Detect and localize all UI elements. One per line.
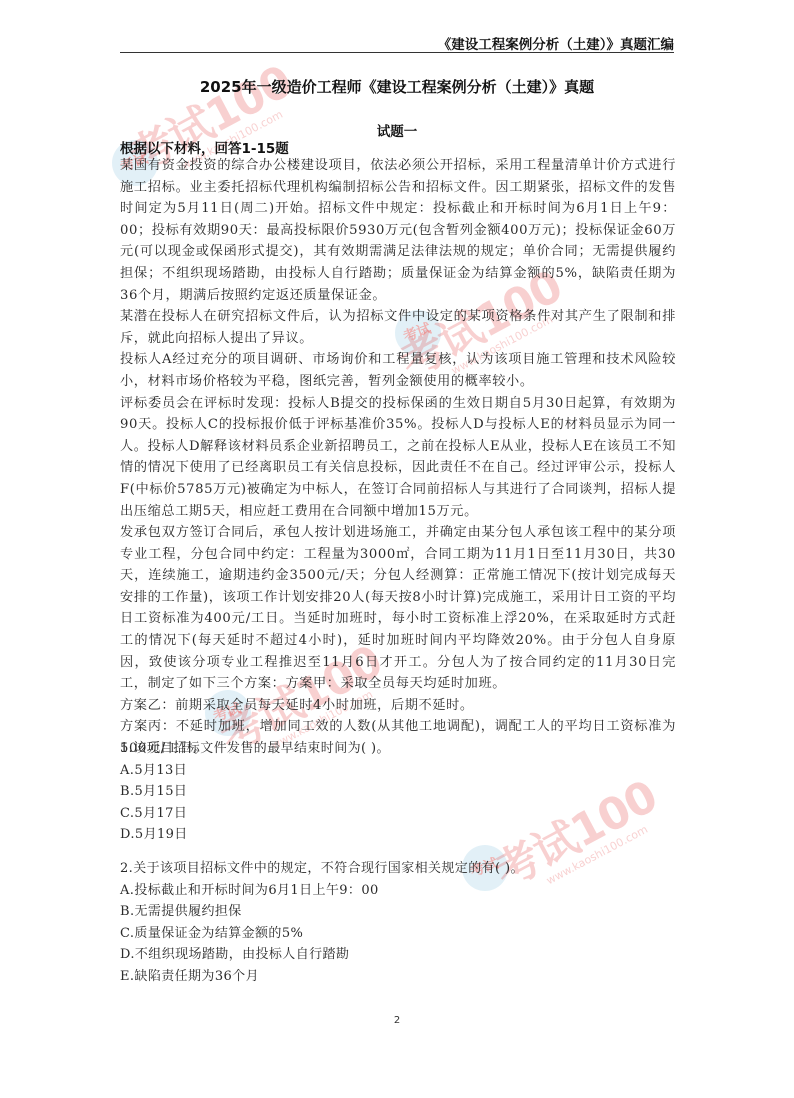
document-page: 考试 考试100 www.kaoshi100.com 考试 考试100 www.… [0,0,794,1098]
page-number: 2 [0,1015,794,1026]
option-a: A.投标截止和开标时间为6月1日上午9：00 [120,880,676,902]
option-b: B.无需提供履约担保 [120,901,676,923]
paragraph: 某国有资金投资的综合办公楼建设项目，依法必须公开招标，采用工程量清单计价方式进行… [120,155,676,306]
question-1: 1.该项目招标文件发售的最早结束时间为( )。 A.5月13日 B.5月15日 … [120,738,676,846]
option-a: A.5月13日 [120,760,676,782]
option-b: B.5月15日 [120,781,676,803]
paragraph: 发承包双方签订合同后，承包人按计划进场施工，并确定由某分包人承包该工程中的某分项… [120,522,676,695]
case-material: 某国有资金投资的综合办公楼建设项目，依法必须公开招标，采用工程量清单计价方式进行… [120,155,676,760]
question-stem: 1.该项目招标文件发售的最早结束时间为( )。 [120,738,676,760]
header-divider [120,52,674,53]
option-d: D.不组织现场踏勘，由投标人自行踏勘 [120,944,676,966]
question-stem: 2.关于该项目招标文件中的规定，不符合现行国家相关规定的有( )。 [120,858,676,880]
paragraph: 投标人A经过充分的项目调研、市场询价和工程量复核，认为该项目施工管理和技术风险较… [120,349,676,392]
question-2: 2.关于该项目招标文件中的规定，不符合现行国家相关规定的有( )。 A.投标截止… [120,858,676,988]
option-e: E.缺陷责任期为36个月 [120,966,676,988]
option-c: C.质量保证金为结算金额的5% [120,923,676,945]
instruction-heading: 根据以下材料，回答1-15题 [120,137,289,157]
document-title: 2025年一级造价工程师《建设工程案例分析（土建）》真题 [120,76,674,97]
paragraph: 方案乙：前期采取全员每天延时4小时加班，后期不延时。 [120,695,676,717]
running-header: 《建设工程案例分析（土建）》真题汇编 [120,33,674,53]
paragraph: 某潜在投标人在研究招标文件后，认为招标文件中设定的某项资格条件对其产生了限制和排… [120,306,676,349]
option-c: C.5月17日 [120,803,676,825]
option-d: D.5月19日 [120,824,676,846]
paragraph: 评标委员会在评标时发现：投标人B提交的投标保函的生效日期自5月30日起算，有效期… [120,393,676,523]
